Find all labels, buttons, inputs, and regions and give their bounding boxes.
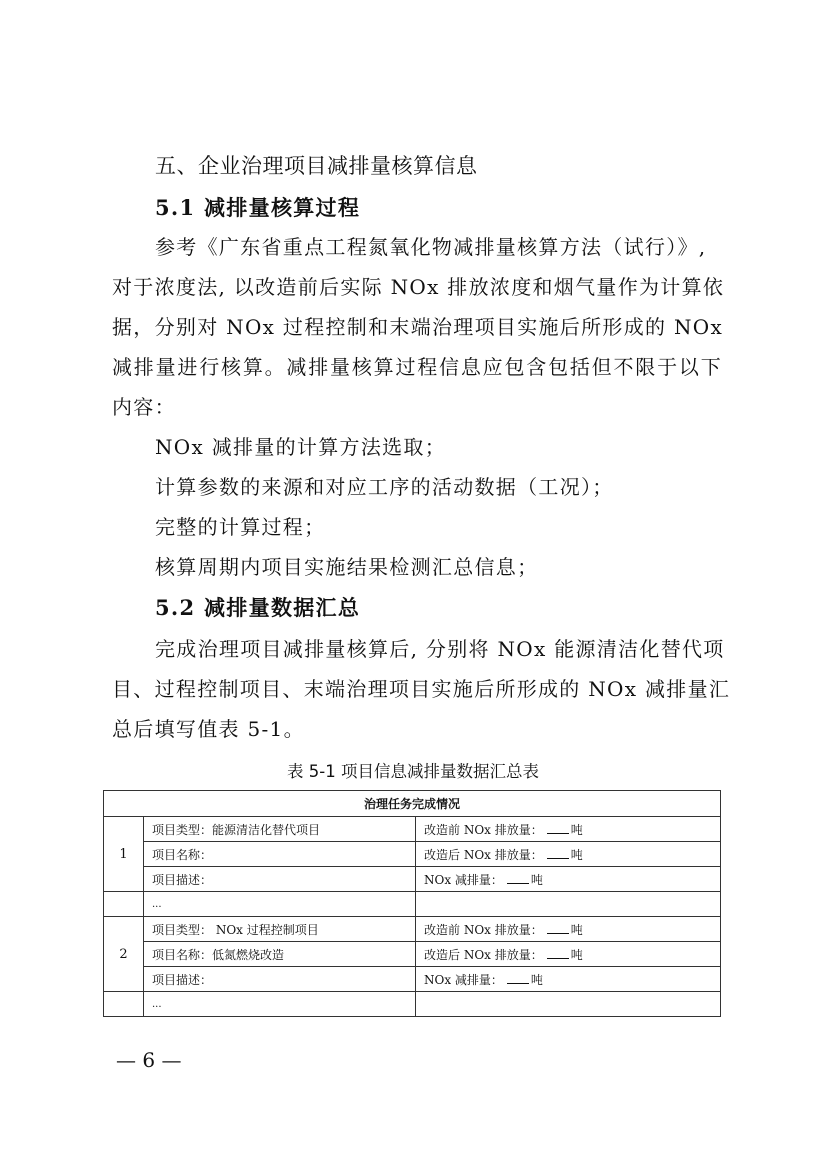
empty-cell	[416, 992, 721, 1017]
emission-reduction-cell: NOx 减排量：吨	[416, 967, 721, 992]
emission-after-cell: 改造后 NOx 排放量：吨	[416, 842, 721, 867]
blank-field[interactable]	[547, 847, 569, 859]
table-row: 2 项目类型： NOx 过程控制项目 改造前 NOx 排放量：吨	[104, 917, 721, 942]
ellipsis-cell: ...	[144, 892, 416, 917]
paragraph-line: 总后填写值表 5-1。	[112, 717, 722, 741]
table-row-ellipsis: ...	[104, 992, 721, 1017]
empty-cell	[104, 892, 144, 917]
empty-cell	[416, 892, 721, 917]
table-row: 项目描述： NOx 减排量：吨	[104, 967, 721, 992]
blank-field[interactable]	[547, 822, 569, 834]
paragraph-line: 内容：	[112, 395, 722, 419]
blank-field[interactable]	[547, 922, 569, 934]
paragraph-line: 目、过程控制项目、末端治理项目实施后所形成的 NOx 减排量汇	[112, 677, 722, 701]
row-number: 2	[104, 917, 144, 992]
table-header-row: 治理任务完成情况	[104, 791, 721, 817]
list-item: NOx 减排量的计算方法选取；	[155, 435, 765, 459]
project-name-cell: 项目名称：	[144, 842, 416, 867]
heading-5-2: 5.2 减排量数据汇总	[155, 596, 765, 620]
emission-before-cell: 改造前 NOx 排放量：吨	[416, 817, 721, 842]
section-title: 五、企业治理项目减排量核算信息	[155, 154, 765, 178]
project-description-cell: 项目描述：	[144, 867, 416, 892]
summary-table: 治理任务完成情况 1 项目类型：能源清洁化替代项目 改造前 NOx 排放量：吨 …	[103, 790, 721, 1017]
table-row: 项目名称：低氮燃烧改造 改造后 NOx 排放量：吨	[104, 942, 721, 967]
emission-reduction-cell: NOx 减排量：吨	[416, 867, 721, 892]
paragraph-line: 对于浓度法, 以改造前后实际 NOx 排放浓度和烟气量作为计算依	[112, 275, 722, 299]
empty-cell	[104, 992, 144, 1017]
table-row: 项目描述： NOx 减排量：吨	[104, 867, 721, 892]
table-caption: 表 5-1 项目信息减排量数据汇总表	[0, 758, 826, 782]
project-type-cell: 项目类型： NOx 过程控制项目	[144, 917, 416, 942]
project-name-cell: 项目名称：低氮燃烧改造	[144, 942, 416, 967]
paragraph-line: 完成治理项目减排量核算后, 分别将 NOx 能源清洁化替代项	[155, 637, 722, 661]
row-number: 1	[104, 817, 144, 892]
blank-field[interactable]	[507, 972, 529, 984]
list-item: 完整的计算过程；	[155, 515, 765, 539]
table-row: 项目名称： 改造后 NOx 排放量：吨	[104, 842, 721, 867]
project-type-cell: 项目类型：能源清洁化替代项目	[144, 817, 416, 842]
paragraph-line: 据，分别对 NOx 过程控制和末端治理项目实施后所形成的 NOx	[112, 315, 722, 339]
paragraph-line: 参考《广东省重点工程氮氧化物减排量核算方法（试行）》,	[155, 235, 722, 259]
list-item: 核算周期内项目实施结果检测汇总信息；	[155, 555, 765, 579]
project-description-cell: 项目描述：	[144, 967, 416, 992]
table-row: 1 项目类型：能源清洁化替代项目 改造前 NOx 排放量：吨	[104, 817, 721, 842]
list-item: 计算参数的来源和对应工序的活动数据（工况）；	[155, 475, 765, 499]
ellipsis-cell: ...	[144, 992, 416, 1017]
heading-5-1: 5.1 减排量核算过程	[155, 196, 765, 220]
blank-field[interactable]	[507, 872, 529, 884]
table-row-ellipsis: ...	[104, 892, 721, 917]
paragraph-line: 减排量进行核算。减排量核算过程信息应包含包括但不限于以下	[112, 355, 722, 379]
emission-after-cell: 改造后 NOx 排放量：吨	[416, 942, 721, 967]
table-header: 治理任务完成情况	[104, 791, 721, 817]
emission-before-cell: 改造前 NOx 排放量：吨	[416, 917, 721, 942]
blank-field[interactable]	[547, 947, 569, 959]
document-page: 五、企业治理项目减排量核算信息 5.1 减排量核算过程 参考《广东省重点工程氮氧…	[0, 0, 826, 1169]
page-number: — 6 —	[116, 1048, 181, 1072]
